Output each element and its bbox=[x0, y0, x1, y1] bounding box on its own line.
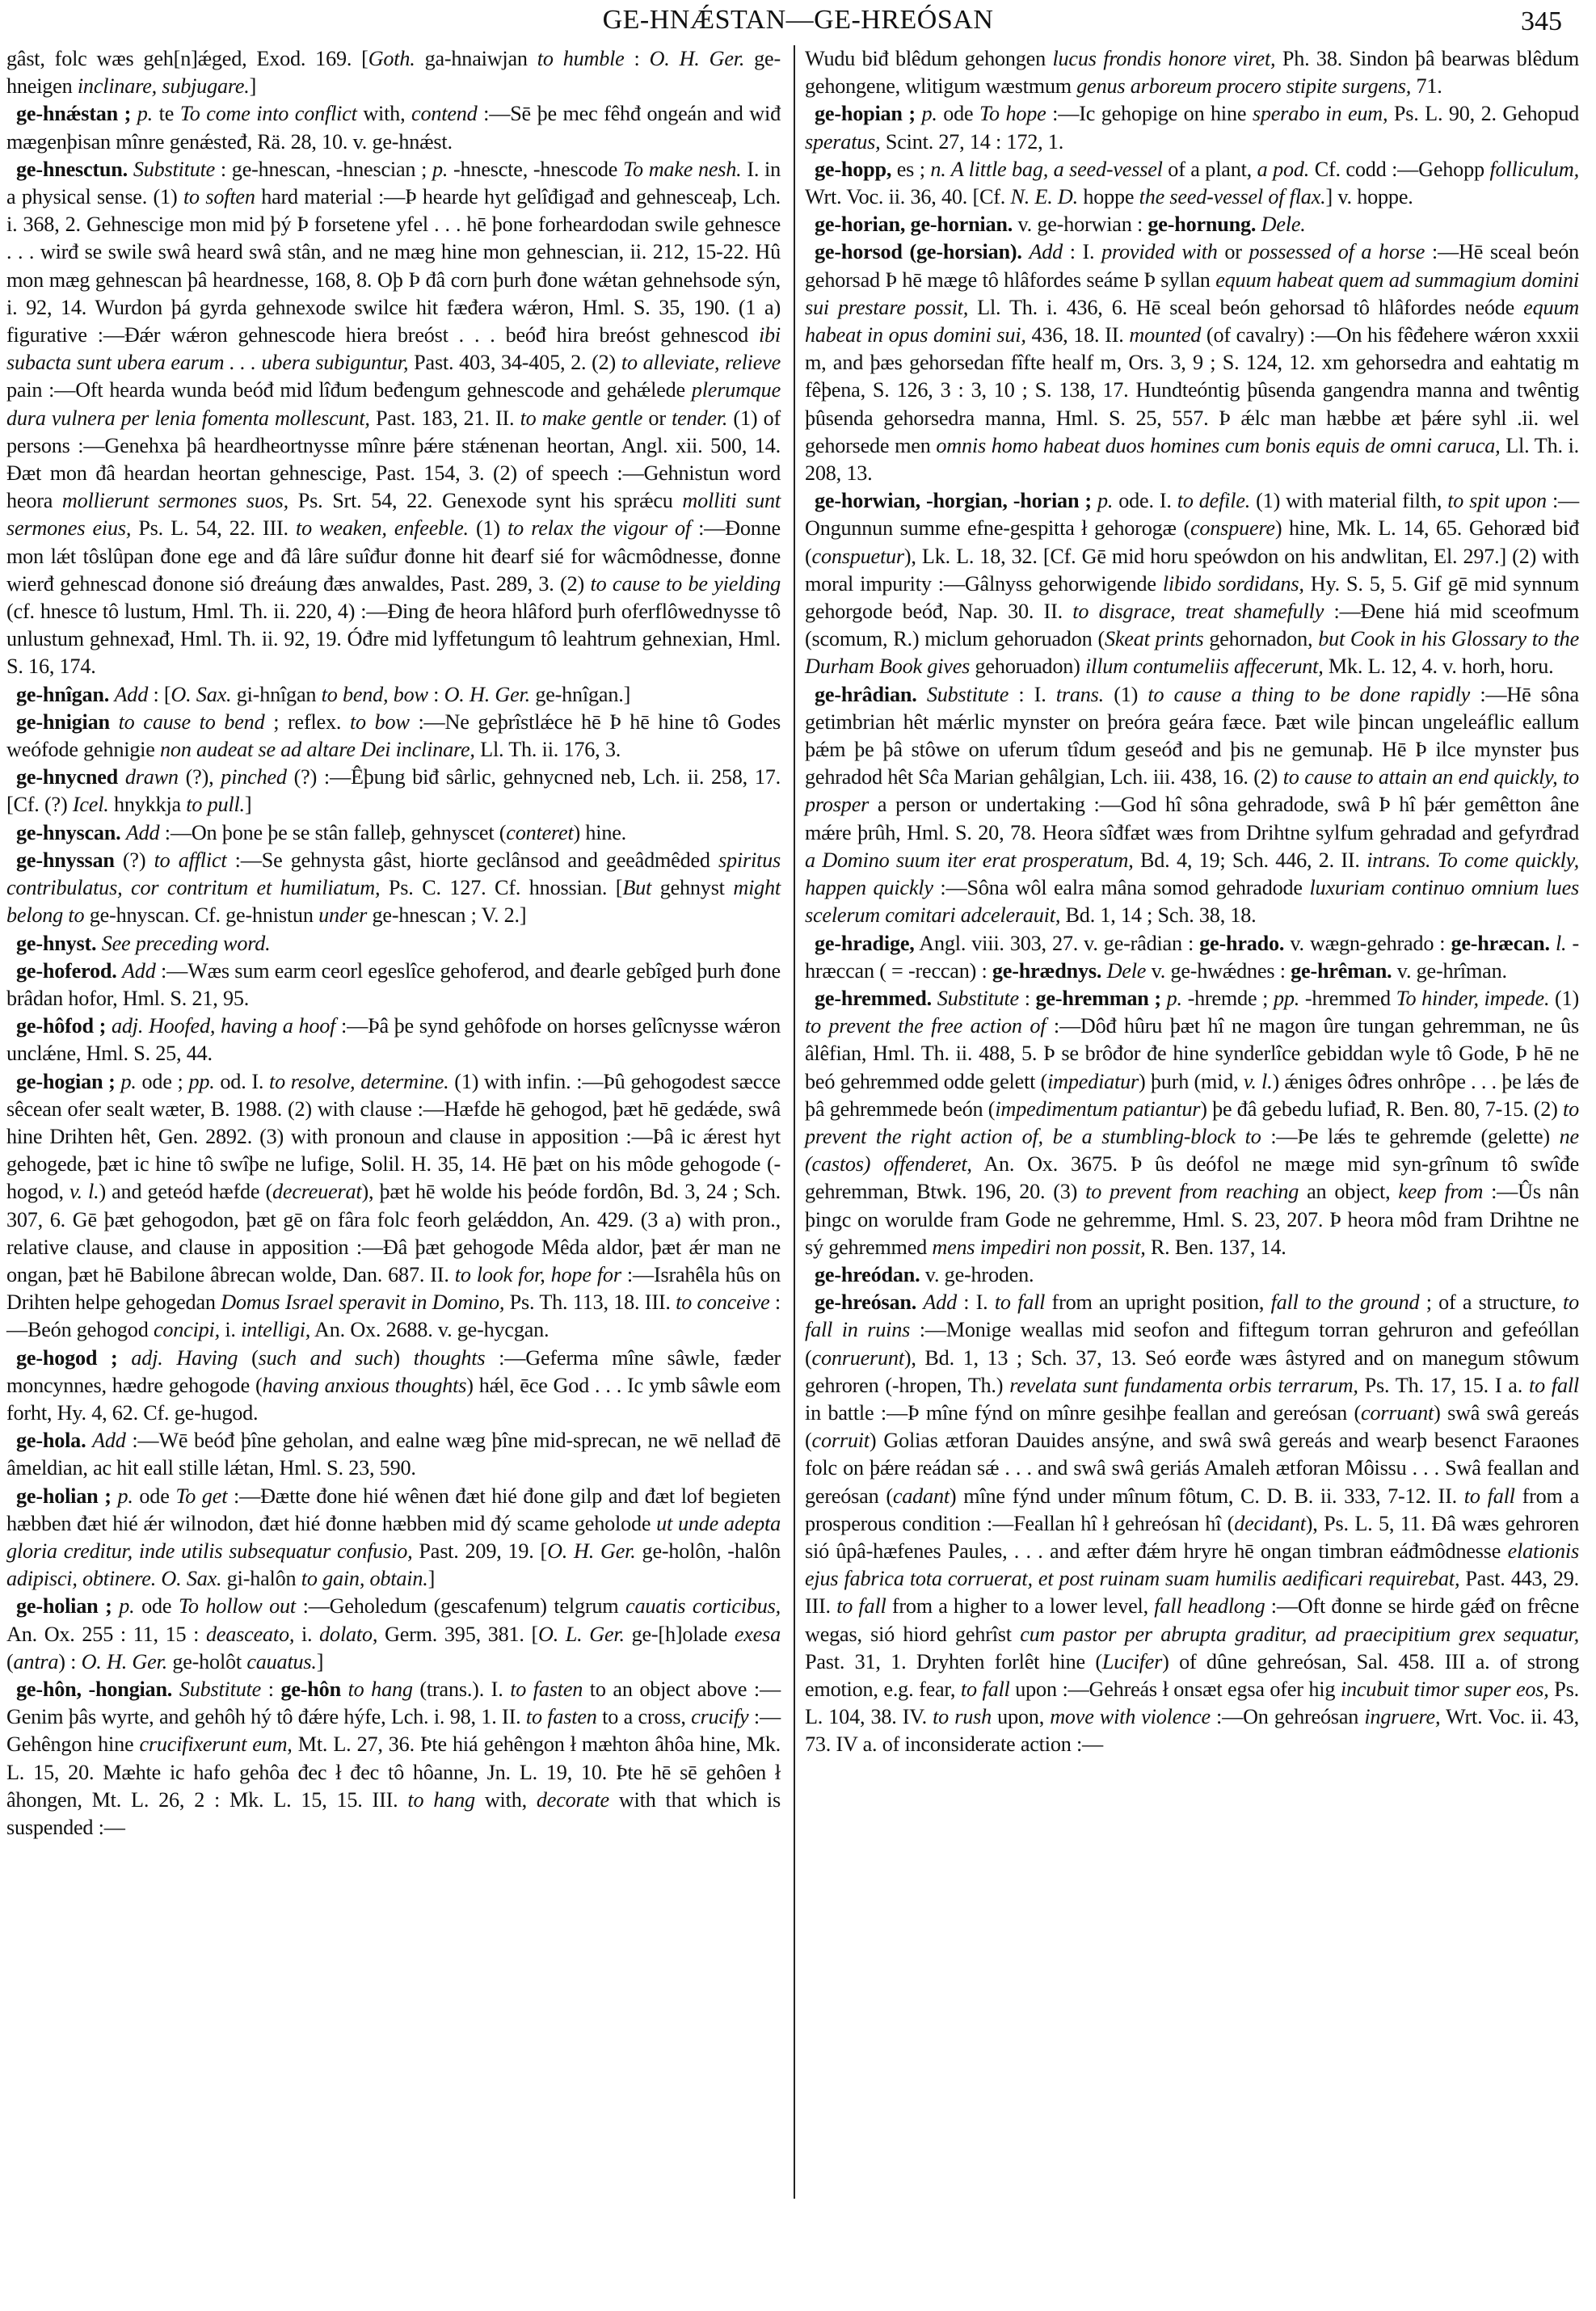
italic-text: p. bbox=[119, 1594, 134, 1618]
italic-text: to soften bbox=[183, 185, 255, 208]
entry-text: : ge-hnescan, -hnescian ; bbox=[215, 158, 432, 181]
entry-text: 436, 18. II. bbox=[1026, 323, 1130, 347]
entry-text: ) hine. bbox=[574, 821, 627, 844]
entry-text: Bd. 4, 19; Sch. 446, 2. II. bbox=[1134, 848, 1367, 872]
entry-text: upon :—Gehreás ł onsæt egsa ofer hig bbox=[1010, 1677, 1341, 1701]
entry-text: gehoruadon) bbox=[970, 655, 1085, 678]
entry-text: ge-holôn, -halôn bbox=[636, 1539, 781, 1563]
italic-text: cadant bbox=[893, 1484, 950, 1508]
italic-text: pp. bbox=[188, 1070, 214, 1093]
entry-text: ] bbox=[317, 1650, 324, 1673]
dictionary-entry: ge-hradige, Angl. viii. 303, 27. v. ge-r… bbox=[805, 930, 1579, 985]
italic-text: impediatur bbox=[1047, 1070, 1139, 1093]
italic-text: Substitute bbox=[179, 1677, 261, 1701]
italic-text: to relax the vigour of bbox=[507, 516, 691, 540]
right-column: Wudu biđ blêdum gehongen lucus frondis h… bbox=[805, 45, 1579, 1759]
italic-text: to fall bbox=[1464, 1484, 1515, 1508]
entry-text: gehornadon, bbox=[1203, 627, 1318, 650]
entry-text: :—On gehreósan bbox=[1211, 1705, 1364, 1728]
italic-text: incubuit timor super eos, bbox=[1341, 1677, 1549, 1701]
italic-text: to fall bbox=[836, 1594, 886, 1618]
dictionary-entry: ge-hrâdian. Substitute : I. trans. (1) t… bbox=[805, 681, 1579, 930]
italic-text: To get bbox=[175, 1484, 227, 1508]
dictionary-entry: ge-hnǽstan ; p. te To come into conflict… bbox=[6, 100, 781, 155]
entry-text: : I. bbox=[957, 1290, 995, 1314]
headword: ge-hornung. bbox=[1148, 213, 1256, 236]
italic-text: to alleviate, relieve bbox=[621, 351, 781, 374]
entry-text: ] bbox=[250, 74, 257, 98]
entry-text: -hnescte, -hnescode bbox=[448, 158, 623, 181]
dictionary-entry: ge-hremmed. Substitute : ge-hremman ; p.… bbox=[805, 985, 1579, 1261]
entry-text: v. ge-hwǽdnes : bbox=[1146, 959, 1291, 983]
italic-text: intelligi, bbox=[241, 1318, 310, 1341]
headword: ge-hôn, -hongian. bbox=[16, 1677, 172, 1701]
entry-text: R. Ben. 137, 14. bbox=[1146, 1235, 1286, 1259]
entry-text: to a cross, bbox=[597, 1705, 691, 1728]
entry-text: Ps. Srt. 54, 22. Genexode synt his sprǽc… bbox=[288, 489, 682, 512]
italic-text: to spit upon bbox=[1447, 489, 1547, 512]
entry-text: i. bbox=[294, 1623, 319, 1646]
italic-text: To hinder, impede. bbox=[1396, 987, 1550, 1010]
dictionary-entry: ge-hnîgan. Add : [O. Sax. gi-hnîgan to b… bbox=[6, 681, 781, 709]
italic-text: thoughts bbox=[414, 1346, 486, 1370]
entry-text: v. ge-hroden. bbox=[920, 1263, 1034, 1286]
entry-text: from a higher to a lower level, bbox=[886, 1594, 1155, 1618]
entry-text: -hremde ; bbox=[1182, 987, 1274, 1010]
entry-text: : I. bbox=[1009, 683, 1056, 706]
italic-text: folliculum, bbox=[1489, 158, 1579, 181]
entry-text: od. I. bbox=[215, 1070, 269, 1093]
italic-text: p. bbox=[117, 1484, 133, 1508]
dictionary-entry: ge-holian ; p. ode To get :—Đætte đone h… bbox=[6, 1483, 781, 1593]
entry-text: Wrt. Voc. ii. 36, 40. [Cf. bbox=[805, 185, 1010, 208]
italic-text: to fasten bbox=[526, 1705, 597, 1728]
italic-text: to hang bbox=[348, 1677, 413, 1701]
headword: ge-hôn bbox=[280, 1677, 340, 1701]
entry-text: ) þe đâ gebedu lufiađ, R. Ben. 80, 7-15.… bbox=[1200, 1097, 1563, 1121]
entry-text: ) and geteód hæfde ( bbox=[99, 1180, 272, 1203]
italic-text: the seed-vessel of flax. bbox=[1139, 185, 1326, 208]
dictionary-entry: ge-hnyst. See preceding word. bbox=[6, 930, 781, 958]
entry-text: Ps. L. 54, 22. III. bbox=[131, 516, 296, 540]
entry-text: ode. I. bbox=[1113, 489, 1177, 512]
entry-text: from an upright position, bbox=[1045, 1290, 1270, 1314]
italic-text: to gain, obtain. bbox=[301, 1567, 428, 1590]
entry-text: Ll. Th. ii. 176, 3. bbox=[475, 738, 621, 761]
italic-text: Skeat prints bbox=[1105, 627, 1204, 650]
italic-text: trans. bbox=[1056, 683, 1104, 706]
italic-text: adipisci, obtinere. O. Sax. bbox=[6, 1567, 221, 1590]
italic-text: move with violence bbox=[1050, 1705, 1211, 1728]
entry-text: Past. 209, 19. [ bbox=[412, 1539, 547, 1563]
page-header: GE-HNǼSTAN—GE-HREÓSAN 345 bbox=[0, 5, 1596, 37]
italic-text: O. H. Ger. bbox=[444, 683, 530, 706]
italic-text: ingruere, bbox=[1364, 1705, 1440, 1728]
entry-text: Ps. Th. 113, 18. III. bbox=[504, 1290, 676, 1314]
headword: ge-hopian ; bbox=[815, 102, 921, 125]
running-title: GE-HNǼSTAN—GE-HREÓSAN bbox=[0, 5, 1596, 36]
italic-text: a pod. bbox=[1257, 158, 1310, 181]
entry-text: hnykkja bbox=[109, 793, 187, 816]
page-number: 345 bbox=[1521, 6, 1562, 37]
entry-text bbox=[932, 987, 937, 1010]
italic-text: cum pastor per abrupta graditur, ad prae… bbox=[1020, 1623, 1579, 1646]
entry-text: ] bbox=[245, 793, 252, 816]
entry-text: an object, bbox=[1299, 1180, 1398, 1203]
entry-text: An. Ox. 2688. v. ge-hycgan. bbox=[310, 1318, 549, 1341]
italic-text: p. bbox=[137, 102, 153, 125]
italic-text: Dele bbox=[1107, 959, 1147, 983]
entry-text: Mk. L. 12, 4. v. horh, horu. bbox=[1324, 655, 1554, 678]
dictionary-entry: ge-hreódan. v. ge-hroden. bbox=[805, 1261, 1579, 1289]
headword: ge-hogian ; bbox=[16, 1070, 120, 1093]
italic-text: provided with bbox=[1101, 240, 1218, 263]
italic-text: cauatus. bbox=[246, 1650, 316, 1673]
italic-text: to bow bbox=[350, 710, 410, 734]
italic-text: under bbox=[318, 903, 367, 927]
italic-text: illum contumeliis affecerunt, bbox=[1085, 655, 1324, 678]
dictionary-entry: ge-hôn, -hongian. Substitute : ge-hôn to… bbox=[6, 1676, 781, 1842]
italic-text: to hang bbox=[407, 1788, 474, 1812]
dictionary-entry: ge-hnesctun. Substitute : ge-hnescan, -h… bbox=[6, 156, 781, 681]
italic-text: pp. bbox=[1274, 987, 1299, 1010]
italic-text: to make gentle bbox=[520, 406, 643, 430]
dictionary-entry: Wudu biđ blêdum gehongen lucus frondis h… bbox=[805, 45, 1579, 100]
dictionary-columns: gâst, folc wæs geh[n]ǽged, Exod. 169. [G… bbox=[6, 45, 1582, 2203]
dictionary-entry: ge-hola. Add :—Wē beóđ þîne geholan, and… bbox=[6, 1427, 781, 1482]
entry-text bbox=[128, 158, 133, 181]
headword: ge-hradige, bbox=[815, 932, 915, 955]
italic-text: l. bbox=[1556, 932, 1566, 955]
italic-text: decorate bbox=[537, 1788, 609, 1812]
entry-text: ode bbox=[133, 1484, 176, 1508]
headword: ge-hreósan. bbox=[815, 1290, 916, 1314]
entry-text: of a plant, bbox=[1163, 158, 1257, 181]
italic-text: corruit bbox=[812, 1429, 870, 1452]
italic-text: to fall bbox=[961, 1677, 1010, 1701]
italic-text: libido sordidans, bbox=[1163, 572, 1304, 596]
dictionary-entry: ge-hreósan. Add : I. to fall from an upr… bbox=[805, 1289, 1579, 1758]
entry-text: ) : bbox=[58, 1650, 81, 1673]
entry-text: Scint. 27, 14 : 172, 1. bbox=[881, 130, 1064, 154]
italic-text: mens impediri non possit, bbox=[932, 1235, 1145, 1259]
italic-text: O. Sax. bbox=[171, 683, 231, 706]
headword: ge-hrædnys. bbox=[992, 959, 1101, 983]
entry-text: ge-[h]olade bbox=[625, 1623, 735, 1646]
entry-text: hoppe bbox=[1078, 185, 1139, 208]
italic-text: to defile. bbox=[1177, 489, 1250, 512]
italic-text: O. L. Ger. bbox=[538, 1623, 625, 1646]
italic-text: keep from bbox=[1398, 1180, 1483, 1203]
italic-text: antra bbox=[14, 1650, 59, 1673]
italic-text: genus arboreum procero stipite surgens, bbox=[1076, 74, 1411, 98]
entry-text: Past. 403, 34-405, 2. (2) bbox=[408, 351, 621, 374]
italic-text: Substitute bbox=[133, 158, 215, 181]
italic-text: conruerunt bbox=[812, 1346, 904, 1370]
entry-text: (1) bbox=[469, 516, 507, 540]
dictionary-entry: gâst, folc wæs geh[n]ǽged, Exod. 169. [G… bbox=[6, 45, 781, 100]
entry-text: Past. 183, 21. II. bbox=[370, 406, 520, 430]
italic-text: non audeat se ad altare Dei inclinare, bbox=[160, 738, 475, 761]
italic-text: fall to the ground bbox=[1271, 1290, 1420, 1314]
entry-text: Angl. viii. 303, 27. v. ge-râdian : bbox=[915, 932, 1200, 955]
dictionary-entry: ge-hoferod. Add :—Wæs sum earm ceorl ege… bbox=[6, 958, 781, 1012]
italic-text: fall headlong bbox=[1154, 1594, 1265, 1618]
italic-text: adj. Having bbox=[131, 1346, 238, 1370]
italic-text: dolato, bbox=[319, 1623, 377, 1646]
italic-text: to cause a thing to be done rapidly bbox=[1148, 683, 1470, 706]
headword: ge-hnîgan. bbox=[16, 683, 109, 706]
entry-text: Cf. codd :—Gehopp bbox=[1309, 158, 1489, 181]
entry-text: ; reflex. bbox=[264, 710, 349, 734]
italic-text: crucifixerunt eum, bbox=[140, 1732, 293, 1756]
italic-text: to fasten bbox=[510, 1677, 583, 1701]
entry-text: v. wægn-gehrado : bbox=[1284, 932, 1451, 955]
italic-text: to cause to be yielding bbox=[591, 572, 781, 596]
column-divider bbox=[794, 45, 795, 2199]
left-column: gâst, folc wæs geh[n]ǽged, Exod. 169. [G… bbox=[6, 45, 781, 1842]
italic-text: contend bbox=[411, 102, 478, 125]
headword: ge-hræcan. bbox=[1451, 932, 1549, 955]
italic-text: sperabo in eum, bbox=[1253, 102, 1388, 125]
italic-text: n. A little bag, a seed-vessel bbox=[930, 158, 1162, 181]
dictionary-entry: ge-hopp, es ; n. A little bag, a seed-ve… bbox=[805, 156, 1579, 211]
entry-text bbox=[1161, 987, 1167, 1010]
entry-text: upon, bbox=[992, 1705, 1050, 1728]
dictionary-entry: ge-horian, ge-hornian. v. ge-horwian : g… bbox=[805, 211, 1579, 238]
entry-text: ( bbox=[6, 1650, 14, 1673]
italic-text: O. H. Ger. bbox=[547, 1539, 636, 1563]
entry-text: (1) with material filth, bbox=[1250, 489, 1447, 512]
dictionary-entry: ge-hogod ; adj. Having (such and such) t… bbox=[6, 1345, 781, 1428]
entry-text: : I. bbox=[1063, 240, 1101, 263]
italic-text: to bend, bow bbox=[322, 683, 428, 706]
italic-text: drawn bbox=[125, 765, 179, 789]
entry-text: gâst, folc wæs geh[n]ǽged, Exod. 169. [ bbox=[6, 47, 368, 70]
dictionary-entry: ge-hogian ; p. ode ; pp. od. I. to resol… bbox=[6, 1068, 781, 1345]
italic-text: To hope bbox=[979, 102, 1046, 125]
italic-text: Dele. bbox=[1261, 213, 1306, 236]
entry-text: Ps. L. 90, 2. Gehopud bbox=[1388, 102, 1579, 125]
entry-text: ode bbox=[937, 102, 979, 125]
entry-text: (?) bbox=[115, 848, 154, 872]
italic-text: N. E. D. bbox=[1010, 185, 1078, 208]
entry-text: or bbox=[1218, 240, 1249, 263]
italic-text: Add bbox=[122, 959, 156, 983]
italic-text: corruant bbox=[1361, 1401, 1434, 1425]
entry-text: ode ; bbox=[137, 1070, 189, 1093]
entry-text: : bbox=[428, 683, 444, 706]
entry-text: :—Se gehnysta gâst, hiorte geclânsod and… bbox=[226, 848, 718, 872]
headword: ge-hreódan. bbox=[815, 1263, 920, 1286]
entry-text: Past. 31, 1. Dryhten forlêt hine ( bbox=[805, 1650, 1102, 1673]
entry-text: gi-halôn bbox=[221, 1567, 301, 1590]
italic-text: To make nesh. bbox=[623, 158, 741, 181]
entry-text: Ps. C. 127. Cf. hnossian. [ bbox=[380, 876, 622, 899]
headword: ge-holian ; bbox=[16, 1484, 117, 1508]
italic-text: conteret bbox=[506, 821, 573, 844]
entry-text bbox=[86, 1429, 92, 1452]
entry-text: ( bbox=[238, 1346, 258, 1370]
entry-text: ) mîne fýnd under mînum fôtum, C. D. B. … bbox=[950, 1484, 1464, 1508]
dictionary-entry: ge-hôfod ; adj. Hoofed, having a hoof :—… bbox=[6, 1012, 781, 1067]
italic-text: Lucifer bbox=[1102, 1650, 1162, 1673]
italic-text: O. H. Ger. bbox=[650, 47, 745, 70]
headword: ge-hrêman. bbox=[1291, 959, 1392, 983]
entry-text: -hremmed bbox=[1299, 987, 1396, 1010]
entry-text: ode bbox=[135, 1594, 179, 1618]
dictionary-entry: ge-horsod (ge-horsian). Add : I. provide… bbox=[805, 238, 1579, 487]
entry-text: in battle :—Þ mîne fýnd on mînre gesihþe… bbox=[805, 1401, 1361, 1425]
headword: ge-hnycned bbox=[16, 765, 118, 789]
headword: ge-horian, ge-hornian. bbox=[815, 213, 1013, 236]
italic-text: Add bbox=[1029, 240, 1063, 263]
italic-text: p. bbox=[120, 1070, 136, 1093]
entry-text: :—Sôna wôl ealra mâna somod gehradode bbox=[933, 876, 1310, 899]
italic-text: O. H. Ger. bbox=[82, 1650, 167, 1673]
italic-text: having anxious thoughts bbox=[263, 1374, 467, 1397]
entry-text: An. Ox. 255 : 11, 15 : bbox=[6, 1623, 206, 1646]
headword: ge-hnesctun. bbox=[16, 158, 128, 181]
italic-text: to conceive bbox=[676, 1290, 769, 1314]
dictionary-entry: ge-hnyscan. Add :—On þone þe se stân fal… bbox=[6, 819, 781, 847]
dictionary-entry: ge-hopian ; p. ode To hope :—Ic gehopige… bbox=[805, 100, 1579, 155]
dictionary-entry: ge-hnycned drawn (?), pinched (?) :—Êþun… bbox=[6, 764, 781, 819]
italic-text: deasceato, bbox=[206, 1623, 294, 1646]
entry-text: Ps. Th. 17, 15. I a. bbox=[1358, 1374, 1529, 1397]
entry-text: v. ge-horwian : bbox=[1013, 213, 1148, 236]
entry-text: gi-hnîgan bbox=[231, 683, 321, 706]
italic-text: Add bbox=[92, 1429, 126, 1452]
italic-text: p. bbox=[921, 102, 937, 125]
dictionary-entry: ge-hnigian to cause to bend ; reflex. to… bbox=[6, 709, 781, 764]
italic-text: concipi, bbox=[154, 1318, 220, 1341]
headword: ge-hoferod. bbox=[16, 959, 117, 983]
italic-text: decreuerat bbox=[272, 1180, 361, 1203]
italic-text: such and such bbox=[259, 1346, 394, 1370]
italic-text: cauatis corticibus, bbox=[625, 1594, 781, 1618]
entry-text: : bbox=[261, 1677, 280, 1701]
headword: ge-hnyssan bbox=[16, 848, 115, 872]
headword: ge-hrado. bbox=[1199, 932, 1284, 955]
italic-text: Goth. bbox=[368, 47, 415, 70]
entry-text: :—On þone þe se stân falleþ, gehnyscet ( bbox=[159, 821, 506, 844]
headword: ge-hopp, bbox=[815, 158, 891, 181]
entry-text: te bbox=[153, 102, 180, 125]
headword: ge-hola. bbox=[16, 1429, 86, 1452]
italic-text: conspuetur bbox=[812, 545, 904, 568]
entry-text: : bbox=[1019, 987, 1036, 1010]
entry-text: : bbox=[625, 47, 650, 70]
headword: ge-hremman ; bbox=[1036, 987, 1161, 1010]
entry-text: :—Ic gehopige on hine bbox=[1046, 102, 1253, 125]
headword: ge-hnǽstan ; bbox=[16, 102, 137, 125]
entry-text: :—Geholedum (gescafenum) telgrum bbox=[296, 1594, 625, 1618]
italic-text: Domus Israel speravit in Domino, bbox=[221, 1290, 504, 1314]
italic-text: revelata sunt fundamenta orbis terrarum, bbox=[1009, 1374, 1358, 1397]
italic-text: to fall bbox=[1529, 1374, 1579, 1397]
italic-text: p. bbox=[432, 158, 448, 181]
entry-text: (?), bbox=[179, 765, 221, 789]
headword: ge-holian ; bbox=[16, 1594, 119, 1618]
entry-text bbox=[118, 765, 125, 789]
italic-text: to humble bbox=[537, 47, 625, 70]
italic-text: conspuere bbox=[1190, 516, 1275, 540]
italic-text: to disgrace, treat shamefully bbox=[1072, 600, 1324, 623]
italic-text: to rush bbox=[933, 1705, 992, 1728]
entry-text: ge-hnescan ; V. 2.] bbox=[367, 903, 526, 927]
italic-text: To hollow out bbox=[179, 1594, 296, 1618]
italic-text: Add bbox=[115, 683, 149, 706]
italic-text: to prevent the free action of bbox=[805, 1014, 1046, 1038]
headword: ge-hôfod ; bbox=[16, 1014, 112, 1038]
italic-text: omnis homo habeat duos homines cum bonis… bbox=[936, 434, 1500, 457]
entry-text: with, bbox=[475, 1788, 537, 1812]
entry-text: 71. bbox=[1411, 74, 1442, 98]
italic-text: to resolve, determine. bbox=[269, 1070, 448, 1093]
headword: ge-hnigian bbox=[16, 710, 110, 734]
italic-text: a Domino suum iter erat prosperatum, bbox=[805, 848, 1134, 872]
headword: ge-hremmed. bbox=[815, 987, 932, 1010]
entry-text: ga-hnaiwjan bbox=[415, 47, 537, 70]
entry-text: ge-holôt bbox=[167, 1650, 246, 1673]
italic-text: Icel. bbox=[73, 793, 109, 816]
italic-text: v. l. bbox=[1244, 1070, 1273, 1093]
italic-text: mollierunt sermones suos, bbox=[62, 489, 288, 512]
italic-text: lucus frondis honore viret, bbox=[1052, 47, 1275, 70]
italic-text: Add bbox=[126, 821, 160, 844]
italic-text: inclinare, subjugare. bbox=[78, 74, 250, 98]
dictionary-entry: ge-hnyssan (?) to afflict :—Se gehnysta … bbox=[6, 847, 781, 930]
italic-text: impedimentum patiantur bbox=[995, 1097, 1200, 1121]
entry-text bbox=[917, 683, 927, 706]
entry-text: i. bbox=[220, 1318, 241, 1341]
entry-text: v. ge-hrîman. bbox=[1392, 959, 1506, 983]
entry-text: ge-hnîgan.] bbox=[530, 683, 630, 706]
entry-text: ] bbox=[428, 1567, 436, 1590]
italic-text: To come into conflict bbox=[180, 102, 357, 125]
italic-text: p. bbox=[1167, 987, 1182, 1010]
dictionary-entry: ge-holian ; p. ode To hollow out :—Gehol… bbox=[6, 1593, 781, 1676]
entry-text: gehnyst bbox=[651, 876, 733, 899]
italic-text: to afflict bbox=[154, 848, 227, 872]
entry-text: with, bbox=[357, 102, 411, 125]
headword: ge-horsod (ge-horsian). bbox=[815, 240, 1022, 263]
italic-text: to pull. bbox=[186, 793, 245, 816]
italic-text: mounted bbox=[1129, 323, 1201, 347]
italic-text: Substitute bbox=[937, 987, 1019, 1010]
headword: ge-hogod ; bbox=[16, 1346, 131, 1370]
italic-text: speratus, bbox=[805, 130, 881, 154]
entry-text: Bd. 1, 14 ; Sch. 38, 18. bbox=[1060, 903, 1256, 927]
entry-text: ; of a structure, bbox=[1419, 1290, 1563, 1314]
italic-text: adj. Hoofed, having a hoof bbox=[112, 1014, 335, 1038]
entry-text: ] v. hoppe. bbox=[1325, 185, 1413, 208]
italic-text: to weaken, enfeeble. bbox=[296, 516, 469, 540]
italic-text: to cause to bend bbox=[119, 710, 265, 734]
entry-text: ) þurh (mid, bbox=[1139, 1070, 1244, 1093]
entry-text: (cf. hnesce tô lustum, Hml. Th. ii. 220,… bbox=[6, 600, 781, 678]
entry-text: : [ bbox=[148, 683, 171, 706]
italic-text: to prevent from reaching bbox=[1085, 1180, 1299, 1203]
italic-text: See preceding word. bbox=[102, 932, 271, 955]
headword: ge-horwian, -horgian, -horian ; bbox=[815, 489, 1097, 512]
italic-text: exesa bbox=[735, 1623, 781, 1646]
entry-text: ) bbox=[393, 1346, 413, 1370]
dictionary-entry: ge-horwian, -horgian, -horian ; p. ode. … bbox=[805, 487, 1579, 680]
italic-text: But bbox=[622, 876, 651, 899]
headword: ge-hnyst. bbox=[16, 932, 96, 955]
